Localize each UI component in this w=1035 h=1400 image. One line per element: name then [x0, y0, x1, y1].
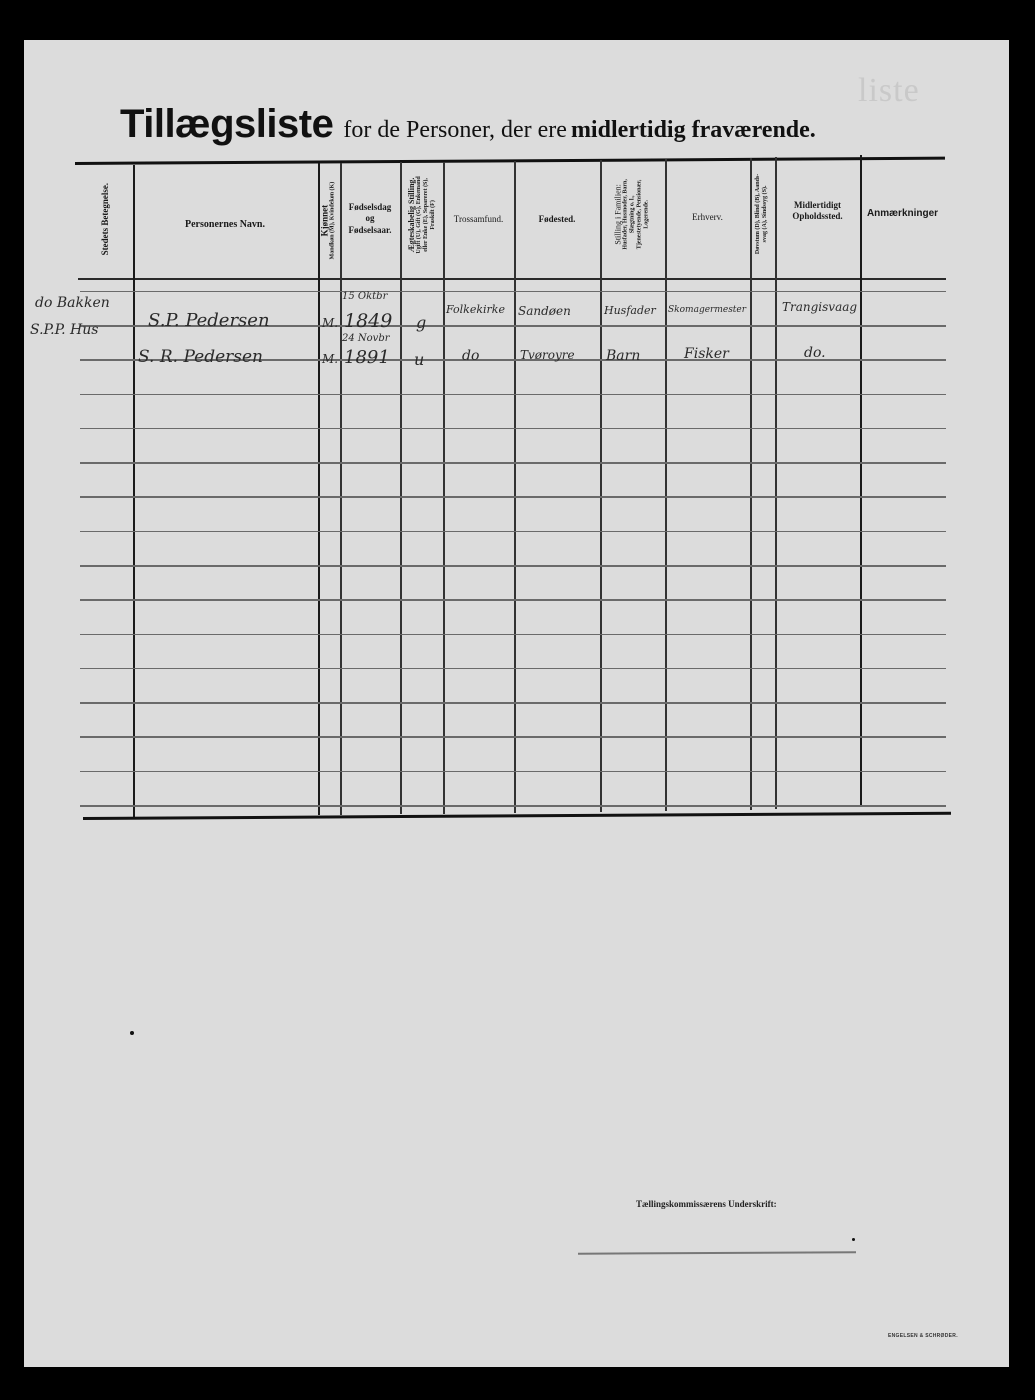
header-fodselsdag-line1: Fødselsdag: [340, 202, 400, 213]
header-opholdssted-line2: Opholdssted.: [775, 211, 860, 222]
row2-name: S. R. Pedersen: [138, 347, 263, 367]
col-divider-7: [600, 160, 602, 812]
header-sygdom-line1: Døvstum (D), Blind (B), Aands-: [755, 154, 762, 274]
row2-sex: M.: [322, 352, 338, 366]
row1-place-line1: do Bakken: [35, 295, 110, 311]
header-aegteskab-label: Ægteskabelig Stilling.: [407, 155, 416, 275]
header-fodselsdag-line3: Fødselsaar.: [340, 225, 400, 236]
form-title-bold: midlertidig fraværende.: [571, 117, 816, 143]
row1-temporary-residence: Trangisvaag: [782, 300, 857, 314]
col-divider-11: [860, 155, 862, 807]
header-fodselsdag-line2: og: [340, 213, 400, 224]
bleed-through-text: liste: [858, 72, 920, 110]
header-stilling-sub3: Tjenestetyende, Pensionær,: [637, 154, 644, 274]
header-sygdom: Døvstum (D), Blind (B), Aands- svag (A),…: [755, 154, 769, 274]
header-fodselsdag: Fødselsdag og Fødselsaar.: [340, 202, 400, 236]
row-rule: [80, 428, 946, 430]
row-rule: [80, 291, 946, 293]
col-divider-6: [514, 161, 516, 813]
row1-family-position: Husfader: [604, 304, 656, 317]
row-rule: [80, 599, 946, 601]
col-divider-3: [340, 163, 342, 815]
header-stilling-sub2: Slægtning o. l.,: [630, 154, 637, 274]
col-divider-10: [775, 157, 777, 809]
form-title-rest: for de Personer, der ere: [343, 117, 567, 143]
header-aegteskab-sub3: Fraskilt (F): [430, 155, 437, 275]
header-sygdom-line2: svag (A), Sindssyg (S).: [762, 154, 769, 274]
row1-name: S.P. Pedersen: [148, 310, 270, 331]
row2-birthplace: Tvøroyre: [520, 348, 575, 362]
row-rule: [80, 496, 946, 498]
header-trossamfund: Trossamfund.: [443, 214, 514, 225]
row2-birthyear: 1891: [344, 347, 390, 368]
header-stedets-betegnelse: Stedets Betegnelse.: [100, 159, 110, 279]
form-title-main: Tillægsliste: [120, 102, 333, 146]
row1-place-line2: S.P.P. Hus: [30, 322, 98, 338]
header-stilling-label: Stilling i Familien:: [614, 154, 623, 274]
header-stilling-sub1: Husfader, Husmoder, Barn,: [623, 154, 630, 274]
row1-marital: g: [416, 313, 426, 332]
ink-speck: [130, 1031, 134, 1035]
row-rule: [80, 394, 946, 396]
signature-dot: [852, 1238, 855, 1241]
row2-birthday: 24 Novbr: [342, 333, 390, 344]
row2-temporary-residence: do.: [804, 345, 826, 361]
header-aegteskab-sub2: eller Enke (E), Separeret (S),: [423, 155, 430, 275]
header-stilling-familien: Stilling i Familien: Husfader, Husmoder,…: [614, 154, 651, 274]
header-kjonnet-sub: Mandkøn (M), Kvindekøn (K): [330, 161, 337, 281]
printer-mark: ENGELSEN & SCHRØDER.: [888, 1333, 958, 1339]
col-divider-1: [133, 165, 135, 817]
row1-birthplace: Sandøen: [518, 304, 571, 318]
header-personernes-navn: Personernes Navn.: [150, 219, 300, 232]
header-bottom-rule: [78, 278, 946, 280]
header-opholdssted: Midlertidigt Opholdssted.: [775, 200, 860, 223]
col-divider-4: [400, 162, 402, 814]
row2-occupation: Fisker: [684, 346, 729, 362]
col-divider-5: [443, 162, 445, 814]
col-divider-9: [750, 158, 752, 810]
col-divider-8: [665, 159, 667, 811]
row-rule: [80, 565, 946, 567]
row-rule: [80, 462, 946, 464]
row1-sex: M.: [322, 316, 338, 330]
header-erhverv: Erhverv.: [665, 212, 750, 223]
row-rule: [80, 668, 946, 670]
row1-birthday: 15 Oktbr: [342, 291, 387, 302]
header-kjonnet: Kjønnet Mandkøn (M), Kvindekøn (K): [319, 161, 336, 281]
row2-religion: do: [462, 348, 479, 364]
header-kjonnet-label: Kjønnet: [319, 161, 329, 281]
row-rule: [80, 771, 946, 773]
header-fodested: Fødested.: [514, 214, 600, 225]
row1-occupation: Skomagermester: [668, 305, 746, 315]
header-anmaerkninger: Anmærkninger: [860, 208, 945, 221]
row-rule: [80, 531, 946, 533]
header-stilling-sub4: Logerende.: [643, 154, 650, 274]
row1-religion: Folkekirke: [446, 303, 505, 316]
row-rule: [80, 634, 946, 636]
form-title: Tillægslistefor de Personer, der ere mid…: [120, 102, 816, 147]
row2-marital: u: [414, 350, 424, 369]
row-rule: [80, 805, 946, 807]
row2-family-position: Barn: [606, 348, 640, 364]
row1-birthyear: 1849: [344, 310, 392, 332]
signature-label: Tællingskommissærens Underskrift:: [636, 1199, 777, 1209]
row-rule: [80, 736, 946, 738]
header-aegteskab: Ægteskabelig Stilling. Ugift (U), Gift (…: [407, 155, 437, 275]
header-opholdssted-line1: Midlertidigt: [775, 200, 860, 211]
row-rule: [80, 702, 946, 704]
